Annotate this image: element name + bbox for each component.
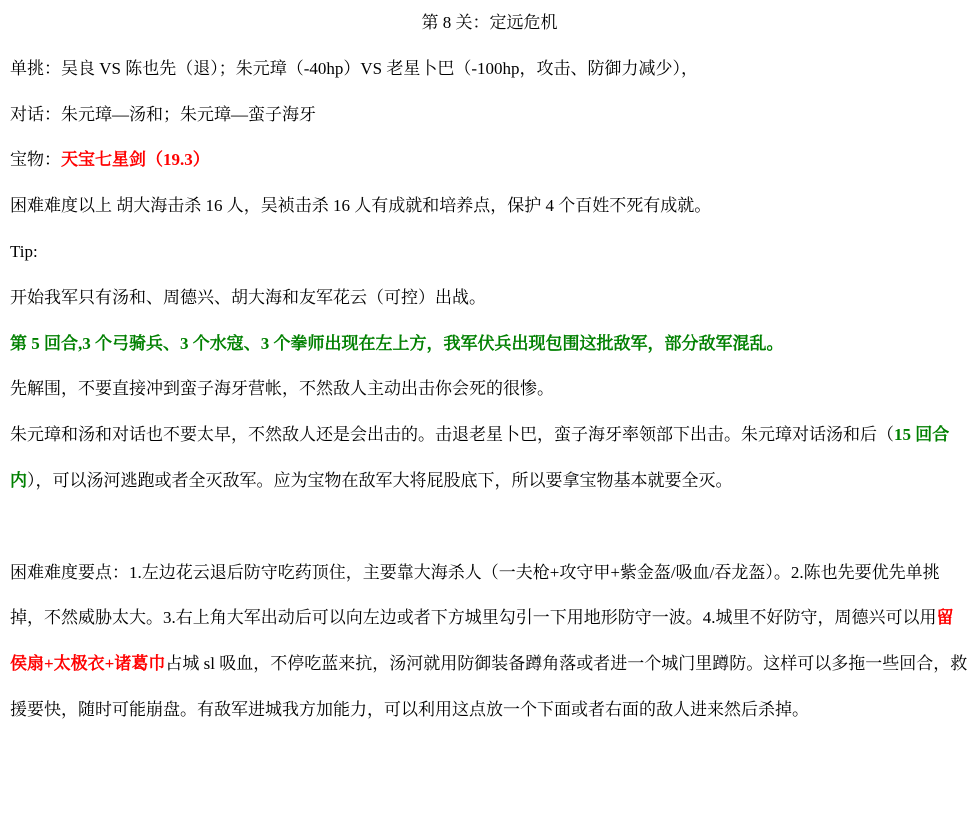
- start-units-line: 开始我军只有汤和、周德兴、胡大海和友军花云（可控）出战。: [10, 275, 969, 321]
- turn5-ambush-line: 第 5 回合,3 个弓骑兵、3 个水寇、3 个拳师出现在左上方，我军伏兵出现包围…: [10, 321, 969, 367]
- timing-text-1: 朱元璋和汤和对话也不要太早，不然敌人还是会出击的。击退老星卜巴，蛮子海牙率领部下…: [10, 425, 894, 444]
- dialogue-timing-paragraph: 朱元璋和汤和对话也不要太早，不然敌人还是会出击的。击退老星卜巴，蛮子海牙率领部下…: [10, 412, 969, 504]
- timing-text-2: ），可以汤河逃跑或者全灭敌军。应为宝物在敌军大将屁股底下，所以要拿宝物基本就要全…: [27, 471, 733, 490]
- tip-label: Tip:: [10, 229, 969, 275]
- dialogue-line: 对话：朱元璋—汤和；朱元璋—蛮子海牙: [10, 92, 969, 138]
- treasure-label: 宝物：: [10, 150, 61, 169]
- treasure-line: 宝物：天宝七星剑（19.3）: [10, 137, 969, 183]
- duel-line: 单挑：吴良 VS 陈也先（退）；朱元璋（-40hp）VS 老星卜巴（-100hp…: [10, 46, 969, 92]
- blank-line: [10, 504, 969, 550]
- treasure-name: 天宝七星剑（19.3）: [61, 150, 210, 169]
- hard-mode-paragraph: 困难难度要点：1.左边花云退后防守吃药顶住，主要靠大海杀人（一夫枪+攻守甲+紫金…: [10, 550, 969, 733]
- hard-mode-text-1: 困难难度要点：1.左边花云退后防守吃药顶住，主要靠大海杀人（一夫枪+攻守甲+紫金…: [10, 563, 940, 628]
- achievement-line: 困难难度以上 胡大海击杀 16 人，吴祯击杀 16 人有成就和培养点，保护 4 …: [10, 183, 969, 229]
- level-title: 第 8 关：定远危机: [10, 0, 969, 46]
- relief-line: 先解围，不要直接冲到蛮子海牙营帐，不然敌人主动出击你会死的很惨。: [10, 366, 969, 412]
- document-page: 第 8 关：定远危机 单挑：吴良 VS 陈也先（退）；朱元璋（-40hp）VS …: [0, 0, 979, 819]
